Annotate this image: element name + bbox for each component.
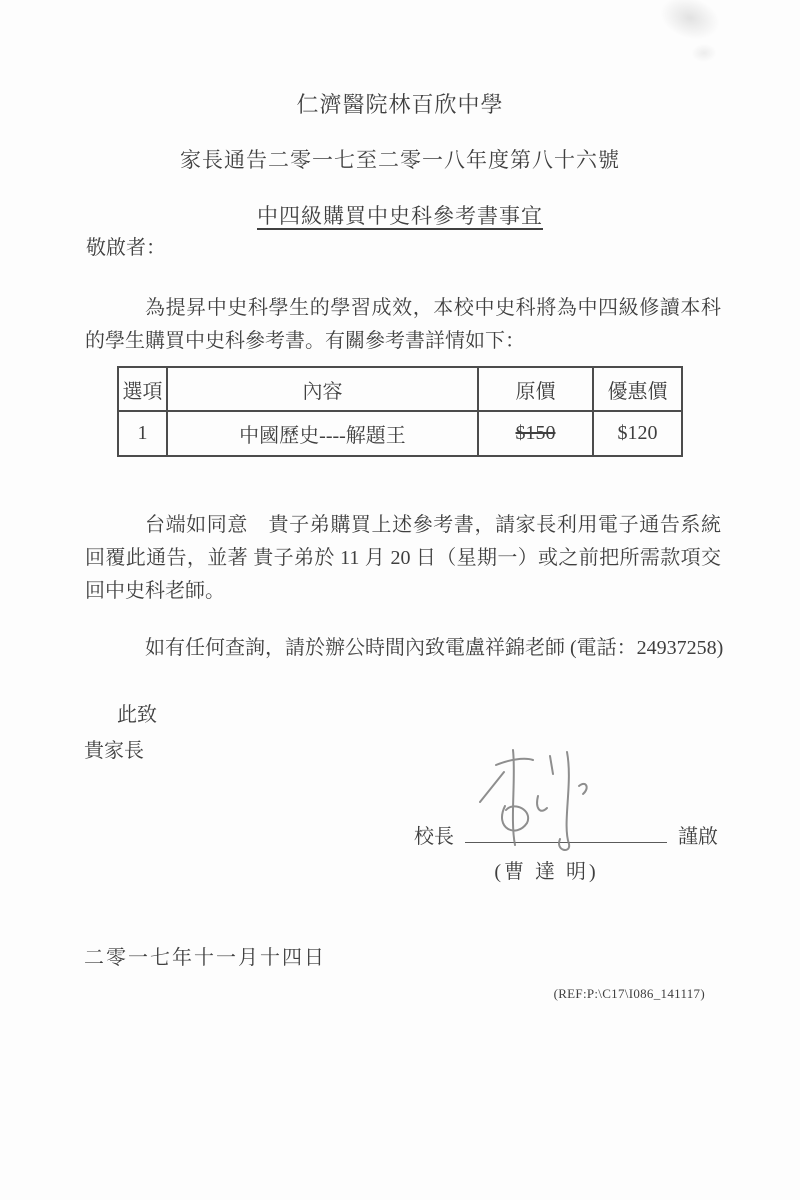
salutation: 敬啟者： (86, 231, 166, 260)
reference-code: (REF:P:\C17\I086_141117) (554, 986, 705, 1002)
closing-recipient: 貴家長 (84, 734, 144, 763)
principal-signature-scrawl (466, 744, 638, 852)
closing-respectfully: 此致 (117, 698, 157, 727)
signer-role-label: 校長 (414, 826, 454, 848)
school-name: 仁濟醫院林百欣中學 (0, 88, 800, 119)
scan-smudge (686, 40, 722, 66)
scanned-notice-page: 仁濟醫院林百欣中學 家長通告二零一七至二零一八年度第八十六號 中四級購買中史科參… (0, 0, 800, 1200)
consent-paragraph: 台端如同意 貴子弟購買上述參考書，請家長利用電子通告系統回覆此通告，並著 貴子弟… (85, 509, 721, 608)
col-header-content: 內容 (167, 367, 478, 411)
table-header-row: 選項 內容 原價 優惠價 (118, 367, 682, 411)
cell-discount-price: $120 (593, 411, 682, 456)
reference-book-table: 選項 內容 原價 優惠價 1 中國歷史----解題王 $150 $120 (117, 366, 683, 457)
table-row: 1 中國歷史----解題王 $150 $120 (118, 411, 682, 456)
notice-date: 二零一七年十一月十四日 (84, 941, 326, 970)
notice-number: 家長通告二零一七至二零一八年度第八十六號 (0, 144, 800, 174)
notice-subject: 中四級購買中史科參考書事宜 (0, 200, 800, 230)
col-header-original-price: 原價 (478, 367, 593, 411)
cell-option: 1 (118, 411, 167, 456)
intro-paragraph: 為提昇中史科學生的學習成效，本校中史科將為中四級修讀本科的學生購買中史科參考書。… (85, 292, 721, 358)
cell-content: 中國歷史----解題王 (167, 411, 478, 456)
notice-subject-text: 中四級購買中史科參考書事宜 (257, 204, 543, 228)
signoff-label: 謹啟 (678, 826, 718, 848)
col-header-discount-price: 優惠價 (593, 367, 682, 411)
original-price-struck: $150 (516, 422, 556, 444)
signer-name: (曹 達 明) (444, 855, 649, 884)
col-header-option: 選項 (118, 367, 167, 411)
cell-original-price: $150 (478, 411, 593, 456)
enquiry-paragraph: 如有任何查詢，請於辦公時間內致電盧祥錦老師 (電話：24937258) (85, 632, 735, 665)
